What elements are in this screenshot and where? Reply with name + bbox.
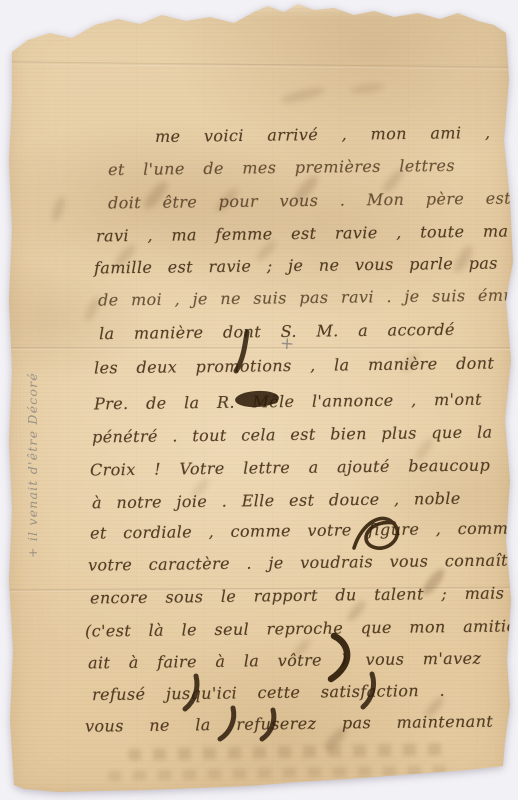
scanned-letter: a + il venait d'être Décoré + me voici a… bbox=[0, 0, 518, 800]
manuscript-line: la manière dont S. M. a accordé bbox=[99, 320, 455, 344]
bleedthrough-text bbox=[128, 743, 450, 761]
manuscript-line: vous ne la refuserez pas maintenant . bbox=[85, 711, 518, 736]
manuscript-line: famille est ravie ; je ne vous parle pas bbox=[94, 254, 498, 279]
ink-bleed-smudge bbox=[350, 82, 385, 96]
manuscript-line: Croix ! Votre lettre a ajouté beaucoup bbox=[90, 456, 490, 481]
manuscript-line: encore sous le rapport du talent ; mais bbox=[90, 583, 504, 608]
manuscript-line: (c'est là le seul reproche que mon amiti… bbox=[85, 616, 517, 641]
manuscript-line: me voici arrivé , mon ami , bbox=[155, 123, 491, 147]
manuscript-line: Pre. de la R. Mêle l'annonce , m'ont bbox=[94, 390, 482, 415]
ink-bleed-smudge bbox=[50, 195, 67, 223]
manuscript-line: ravi , ma femme est ravie , toute ma bbox=[96, 221, 509, 246]
manuscript-line: de moi , je ne suis pas ravi . je suis é… bbox=[98, 285, 518, 310]
bleedthrough-text bbox=[108, 765, 452, 781]
manuscript-line: doit être pour vous . Mon père est bbox=[108, 189, 511, 214]
ink-bleed-smudge bbox=[279, 85, 326, 106]
margin-annotation: + il venait d'être Décoré bbox=[25, 308, 43, 558]
manuscript-line: les deux promotions , la manière dont bbox=[94, 354, 494, 379]
corner-ink-mark: a bbox=[41, 13, 55, 33]
manuscript-line: refusé jusqu'ici cette satisfaction . bbox=[92, 681, 445, 705]
manuscript-line: votre caractère . je voudrais vous conna… bbox=[88, 550, 518, 575]
manuscript-line: ait à faire à la vôtre ) vous m'avez bbox=[88, 649, 482, 674]
manuscript-line: pénétré . tout cela est bien plus que la bbox=[92, 423, 493, 448]
paper-shadow: a + il venait d'être Décoré + me voici a… bbox=[0, 0, 518, 800]
manuscript-line: et l'une de mes premières lettres bbox=[108, 156, 455, 180]
manuscript-line: à notre joie . Elle est douce , noble bbox=[92, 489, 461, 514]
letter-paper: a + il venait d'être Décoré + me voici a… bbox=[0, 0, 518, 800]
fold-crease bbox=[6, 347, 512, 350]
manuscript-line: et cordiale , comme votre figure , comme bbox=[90, 518, 518, 543]
fold-crease bbox=[6, 61, 512, 69]
